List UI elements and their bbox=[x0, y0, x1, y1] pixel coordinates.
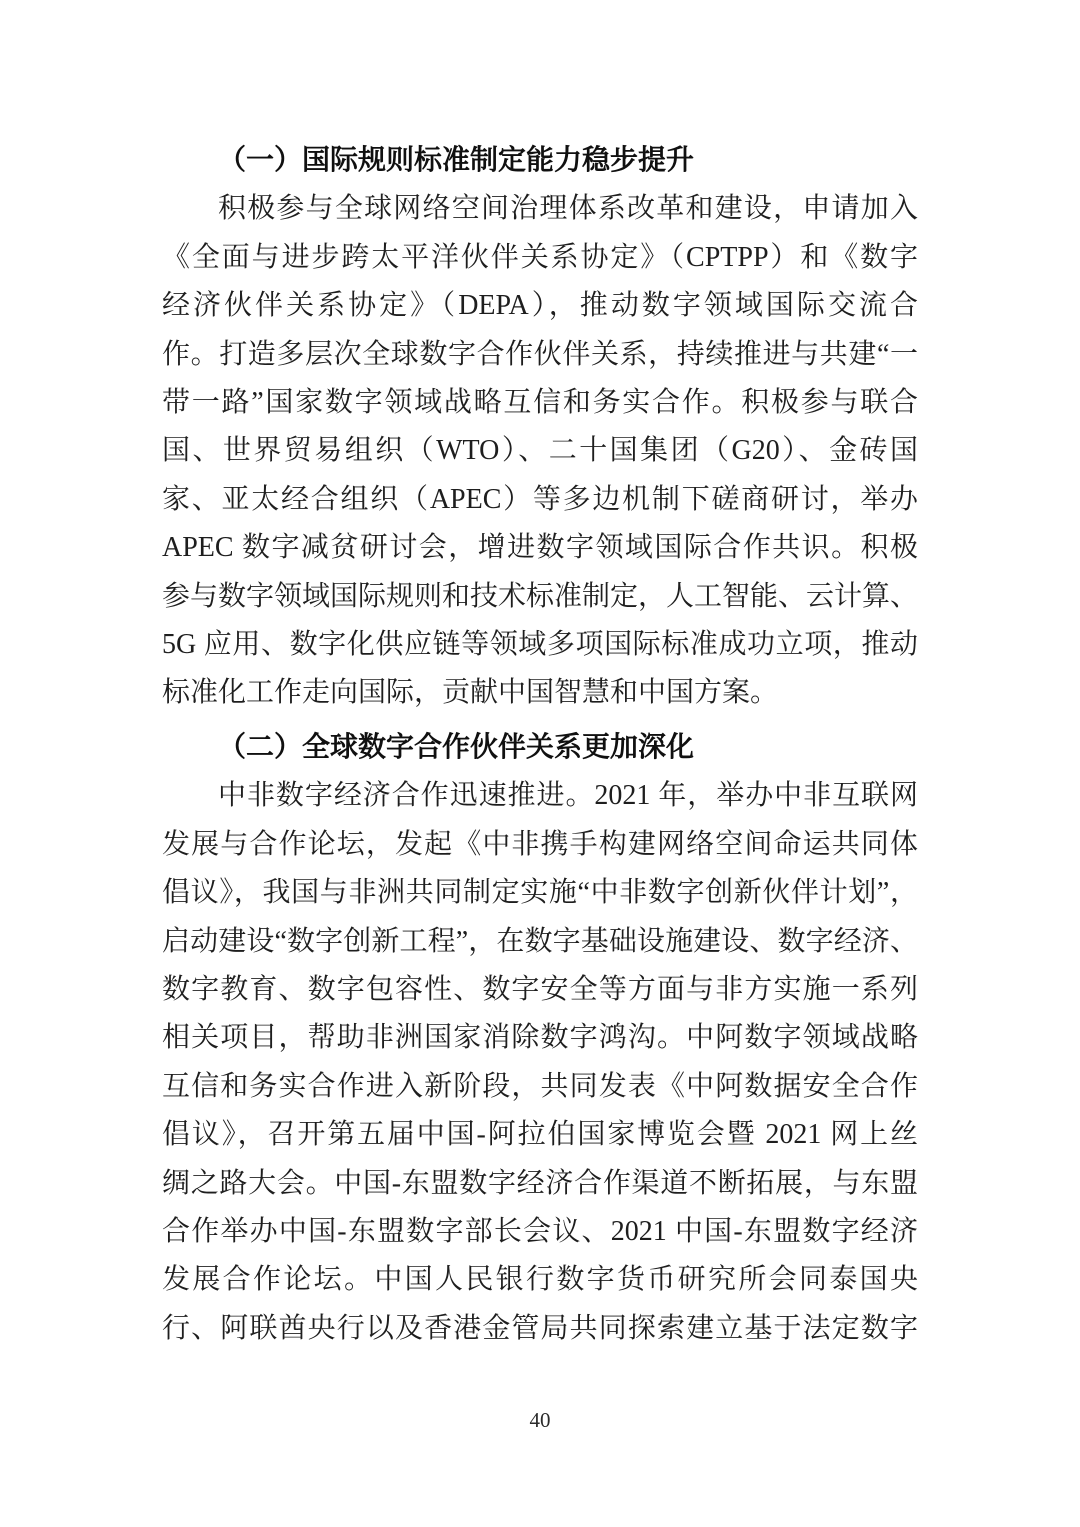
body-line: 发展与合作论坛，发起《中非携手构建网络空间命运共同体 bbox=[162, 821, 918, 869]
body-line: APEC 数字减贫研讨会，增进数字领域国际合作共识。积极 bbox=[162, 524, 918, 572]
page-content: （一）国际规则标准制定能力稳步提升 积极参与全球网络空间治理体系改革和建设，申请… bbox=[162, 137, 918, 1353]
body-line: 倡议》，我国与非洲共同制定实施“中非数字创新伙伴计划”， bbox=[162, 869, 918, 917]
body-line: 家、亚太经合组织（APEC）等多边机制下磋商研讨，举办 bbox=[162, 476, 918, 524]
body-line: 《全面与进步跨太平洋伙伴关系协定》（CPTPP）和《数字 bbox=[162, 234, 918, 282]
body-line: 5G 应用、数字化供应链等领域多项国际标准成功立项，推动 bbox=[162, 621, 918, 669]
body-line: 合作举办中国-东盟数字部长会议、2021 中国-东盟数字经济 bbox=[162, 1208, 918, 1256]
body-line: 发展合作论坛。中国人民银行数字货币研究所会同泰国央 bbox=[162, 1256, 918, 1304]
document-page: （一）国际规则标准制定能力稳步提升 积极参与全球网络空间治理体系改革和建设，申请… bbox=[0, 0, 1080, 1527]
body-line: 启动建设“数字创新工程”，在数字基础设施建设、数字经济、 bbox=[162, 918, 918, 966]
body-line: 绸之路大会。中国-东盟数字经济合作渠道不断拓展，与东盟 bbox=[162, 1160, 918, 1208]
section-heading-2: （二）全球数字合作伙伴关系更加深化 bbox=[162, 724, 918, 772]
body-line: 行、阿联酋央行以及香港金管局共同探索建立基于法定数字 bbox=[162, 1305, 918, 1353]
body-line: 标准化工作走向国际，贡献中国智慧和中国方案。 bbox=[162, 669, 918, 717]
body-line: 相关项目，帮助非洲国家消除数字鸿沟。中阿数字领域战略 bbox=[162, 1014, 918, 1062]
body-line: 参与数字领域国际规则和技术标准制定，人工智能、云计算、 bbox=[162, 573, 918, 621]
body-line: 积极参与全球网络空间治理体系改革和建设，申请加入 bbox=[162, 185, 918, 233]
body-line: 带一路”国家数字领域战略互信和务实合作。积极参与联合 bbox=[162, 379, 918, 427]
body-line: 国、世界贸易组织（WTO）、二十国集团（G20）、金砖国 bbox=[162, 427, 918, 475]
body-line: 中非数字经济合作迅速推进。2021 年，举办中非互联网 bbox=[162, 772, 918, 820]
body-line: 作。打造多层次全球数字合作伙伴关系，持续推进与共建“一 bbox=[162, 331, 918, 379]
body-line: 经济伙伴关系协定》（DEPA），推动数字领域国际交流合 bbox=[162, 282, 918, 330]
body-line: 数字教育、数字包容性、数字安全等方面与非方实施一系列 bbox=[162, 966, 918, 1014]
section-heading-1: （一）国际规则标准制定能力稳步提升 bbox=[162, 137, 918, 185]
body-line: 互信和务实合作进入新阶段，共同发表《中阿数据安全合作 bbox=[162, 1063, 918, 1111]
body-line: 倡议》，召开第五届中国-阿拉伯国家博览会暨 2021 网上丝 bbox=[162, 1111, 918, 1159]
page-number: 40 bbox=[0, 1408, 1080, 1433]
